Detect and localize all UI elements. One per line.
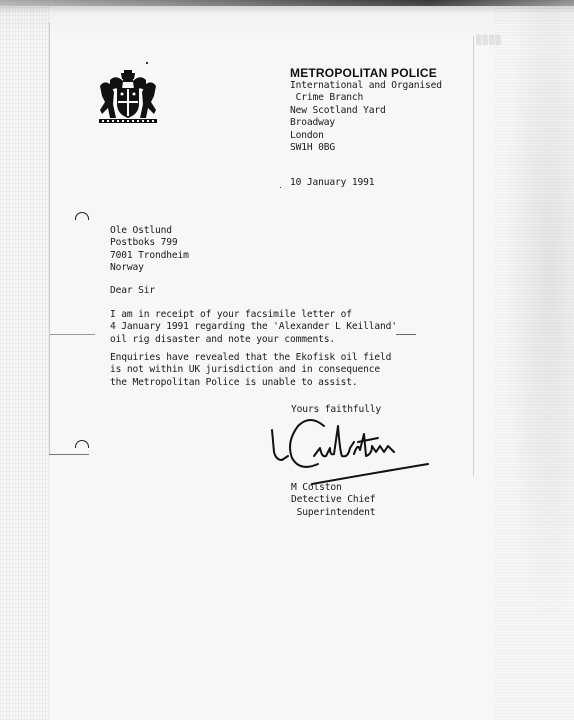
letterhead: METROPOLITAN POLICE International and Or…	[290, 66, 442, 154]
punch-hole-icon	[75, 440, 89, 448]
recipient-line: Norway	[110, 262, 189, 274]
body-line: the Metropolitan Police is unable to ass…	[110, 377, 391, 389]
address-line: Crime Branch	[290, 92, 442, 104]
address-line: SW1H 0BG	[290, 142, 442, 154]
signatory-name: M Colston	[291, 482, 375, 494]
faint-stamp: ▒▒▒▒	[476, 36, 502, 46]
body-line: 4 January 1991 regarding the 'Alexander …	[110, 321, 397, 333]
punch-hole-icon	[75, 212, 89, 220]
speck	[146, 62, 148, 64]
speck	[280, 187, 281, 188]
scanned-letter: METROPOLITAN POLICE International and Or…	[0, 0, 574, 720]
body-line: I am in receipt of your facsimile letter…	[110, 309, 397, 321]
scan-top-shadow	[0, 0, 574, 6]
body-paragraph: Enquiries have revealed that the Ekofisk…	[110, 352, 391, 389]
address-line: International and Organised	[290, 80, 442, 92]
crest-icon	[96, 70, 160, 130]
paper-edge	[49, 22, 50, 454]
scan-right-margin	[494, 0, 574, 720]
paper-edge	[473, 36, 474, 476]
recipient-line: Postboks 799	[110, 237, 189, 249]
body-paragraph: I am in receipt of your facsimile letter…	[110, 309, 397, 346]
address-line: New Scotland Yard	[290, 105, 442, 117]
paper-edge	[49, 454, 89, 455]
signatory-title: Superintendent	[291, 507, 375, 519]
organisation-name: METROPOLITAN POLICE	[290, 66, 442, 80]
address-line: London	[290, 130, 442, 142]
letter-date: 10 January 1991	[290, 177, 374, 189]
body-line: oil rig disaster and note your comments.	[110, 334, 397, 346]
body-line: Enquiries have revealed that the Ekofisk…	[110, 352, 391, 364]
salutation: Dear Sir	[110, 285, 155, 297]
signatory-title: Detective Chief	[291, 494, 375, 506]
recipient-line: 7001 Trondheim	[110, 250, 189, 262]
recipient-line: Ole Ostlund	[110, 225, 189, 237]
signatory-block: M Colston Detective Chief Superintendent	[291, 482, 375, 519]
fold-crease	[50, 334, 95, 335]
recipient-address: Ole Ostlund Postboks 799 7001 Trondheim …	[110, 225, 189, 275]
scan-left-margin	[0, 0, 50, 720]
fold-crease	[396, 334, 416, 335]
address-line: Broadway	[290, 117, 442, 129]
body-line: is not within UK jurisdiction and in con…	[110, 364, 391, 376]
